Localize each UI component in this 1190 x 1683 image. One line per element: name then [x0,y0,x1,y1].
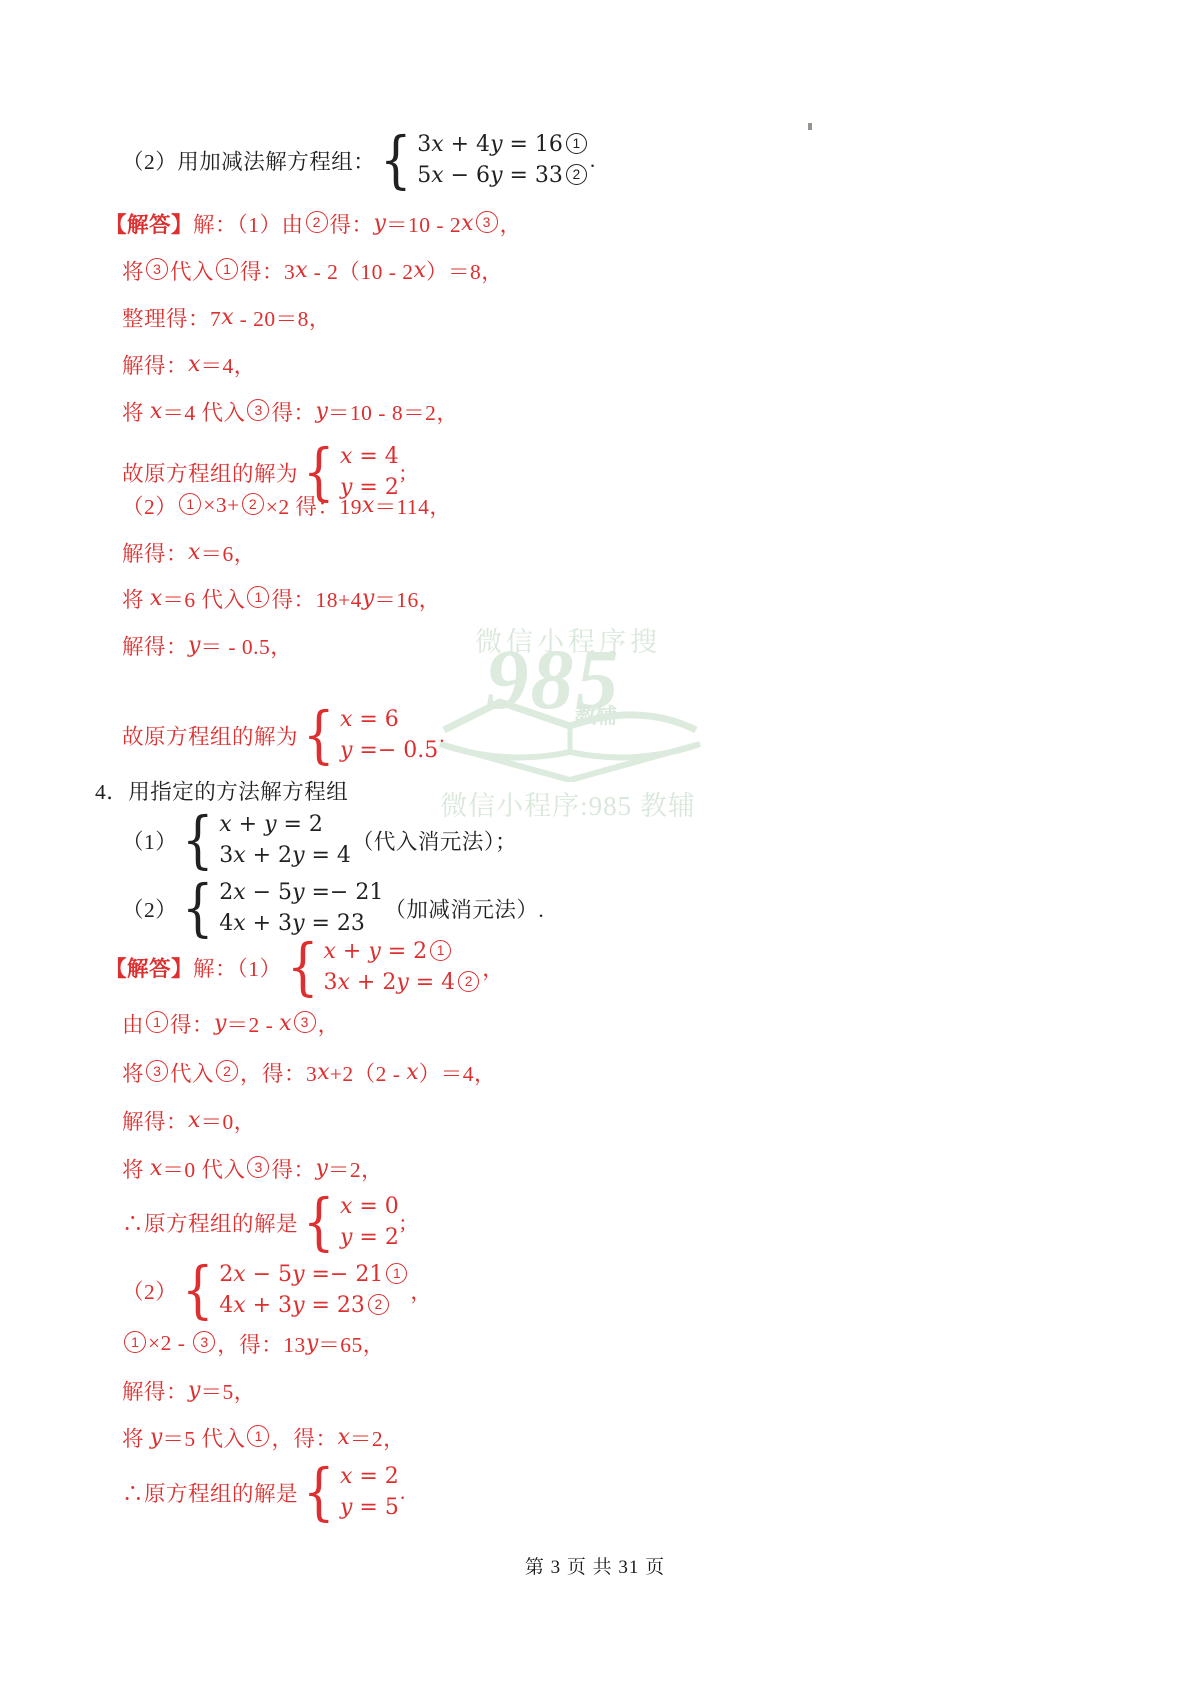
equation-column: x + y = 213x + 2y = 42 [323,936,481,998]
math-variable: y [150,1425,162,1450]
equation-text: 3x + 2y = 4 [323,967,455,998]
solution-line: ∴原方程组的解是{x = 0y = 2; [122,1189,406,1255]
circled-number: 2 [306,211,328,233]
equation-system: {x = 6y =− 0.5 [299,704,438,766]
line-text: 得： [271,1153,315,1184]
equation-system: {x + y = 213x + 2y = 42 [283,936,482,998]
line-text: ）＝8， [426,255,503,286]
math-variable: x [188,1108,200,1133]
line-text: - 20＝8， [234,302,331,333]
math-variable: x [150,586,162,611]
circled-number: 1 [179,493,201,515]
circled-number: 1 [146,1011,168,1033]
line-text: （2） [122,893,177,924]
left-brace: { [287,936,319,998]
math-variable: y [306,1331,318,1356]
line-text: ＝ - 0.5， [200,630,292,661]
line-text: 得：3 [240,255,295,286]
left-brace: { [182,1259,214,1321]
left-brace: { [182,877,214,939]
line-text: （2） [122,1275,177,1306]
solution-line: 整理得：7x - 20＝8， [122,304,331,330]
line-text: ）＝4， [419,1057,496,1088]
line-text: - 2（10 - 2 [308,255,414,286]
equation-row: 3x + 2y = 4 [219,840,351,871]
math-variable: x [317,1060,329,1085]
line-text: （2） [122,490,177,521]
line-text: ，得：13 [217,1328,306,1359]
solution-line: 解得：x＝4， [122,351,256,377]
circled-number: 2 [458,971,479,992]
equation-system: {x = 0y = 2 [299,1191,399,1253]
circled-number: 1 [216,258,238,280]
line-text: ＝2， [350,1422,405,1453]
circled-number: 3 [146,1060,168,1082]
line-text: 解得： [122,630,188,661]
math-variable: y [315,399,327,424]
line-text: （1） [122,825,177,856]
equation-column: x = 0y = 2 [340,1191,399,1253]
circled-number: 3 [146,258,168,280]
line-text: ， [482,952,504,983]
math-variable: y [188,633,200,658]
math-variable: x [362,493,374,518]
line-text: 解得： [122,349,188,380]
math-variable: x [150,399,162,424]
equation-text: 3x + 4y = 16 [417,129,563,160]
line-text: ×3+ [203,493,240,518]
line-text: ∴原方程组的解是 [122,1477,298,1508]
math-variable: y [188,1378,200,1403]
line-text: ＝4， [200,349,255,380]
equation-text: x + y = 2 [323,936,427,967]
line-text: ＝0， [200,1105,255,1136]
equation-text: 2x − 5y =− 21 [219,1259,383,1290]
equation-row: x + y = 21 [323,936,481,967]
line-text: 将 [122,583,150,614]
circled-number: 3 [476,211,498,233]
line-text: ＝5 代入 [162,1422,245,1453]
solution-line: 【解答】解：（1）由2得：y＝10 - 2x3， [105,210,522,236]
solution-line: 解得：y＝ - 0.5， [122,632,292,658]
circled-number: 1 [430,940,451,961]
circled-number: 1 [247,1425,269,1447]
circled-number: 2 [242,493,264,515]
solution-line: 将3代入2，得：3x+2（2 - x）＝4， [122,1059,496,1085]
circled-number: 1 [566,133,587,154]
equation-text: y = 5 [340,1492,399,1523]
left-brace: { [380,129,412,191]
equation-column: x + y = 23x + 2y = 4 [219,809,351,871]
line-text: ＝10 - 2 [386,208,461,239]
circled-number: 2 [216,1060,238,1082]
problem-line: （1）{x + y = 23x + 2y = 4（代入消元法）； [122,807,517,873]
line-text: . [439,723,445,748]
equation-column: 3x + 4y = 1615x − 6y = 332 [417,129,589,191]
line-text: 解得： [122,1375,188,1406]
page-footer: 第 3 页 共 31 页 [0,1552,1190,1579]
line-text: ＝10 - 8＝2， [328,396,458,427]
open-book-icon [438,696,702,787]
math-variable: y [214,1011,226,1036]
equation-text: x = 2 [340,1461,399,1492]
math-variable: x [461,211,473,236]
equation-row: x = 0 [340,1191,399,1222]
equation-row: 2x − 5y =− 21 [219,877,383,908]
equation-system: {x + y = 23x + 2y = 4 [178,809,351,871]
line-text: 解：（1）由 [193,208,304,239]
watermark-search-text: 微信小程序搜 [468,620,668,659]
problem-line: （2）{2x − 5y =− 214x + 3y = 23（加减消元法）. [122,875,544,941]
equation-system: {2x − 5y =− 214x + 3y = 23 [178,877,383,939]
equation-text: y =− 0.5 [340,735,438,766]
watermark-985-logo: 985 [448,636,658,722]
circled-number: 3 [247,1156,269,1178]
math-variable: x [406,1060,418,1085]
equation-column: x = 6y =− 0.5 [340,704,438,766]
solution-line: （2）{2x − 5y =− 2114x + 3y = 232， [122,1257,432,1323]
math-variable: x [279,1011,291,1036]
math-variable: x [188,540,200,565]
equation-text: 4x + 3y = 23 [219,1290,365,1321]
solution-line: （2）1×3+2×2 得：19x＝114， [122,492,451,518]
equation-text: 3x + 2y = 4 [219,840,351,871]
equation-text: x = 4 [340,441,399,472]
equation-row: y =− 0.5 [340,735,438,766]
circled-number: 1 [247,586,269,608]
equation-system: {2x − 5y =− 2114x + 3y = 232 [178,1259,409,1321]
answer-label: 【解答】 [105,952,193,983]
solution-line: 【解答】解：（1）{x + y = 213x + 2y = 42， [105,934,504,1000]
line-text: 将 [122,255,144,286]
document-page: 微信小程序搜 985 教辅 微信小程序:985 教辅 （2）用加减法解方程组：{… [0,0,1190,1683]
line-text: ， [410,1275,432,1306]
equation-row: x = 4 [340,441,399,472]
solution-line: 解得：y＝5， [122,1377,256,1403]
line-text: ＝6 代入 [162,583,245,614]
solution-line: 将 x＝6 代入1得：18+4y＝16， [122,585,441,611]
line-text: 得： [170,1008,214,1039]
line-text: ， [500,208,522,239]
circled-number: 3 [193,1331,215,1353]
circled-number: 3 [247,399,269,421]
line-text: ＝5， [200,1375,255,1406]
solution-line: ∴原方程组的解是{x = 2y = 5. [122,1459,406,1525]
equation-row: x = 6 [340,704,438,735]
line-text: 代入 [170,1057,214,1088]
line-text: ; [400,1210,406,1235]
equation-column: x = 2y = 5 [340,1461,399,1523]
math-variable: x [221,305,233,330]
line-text: +2（2 - [330,1057,407,1088]
equation-text: x = 0 [340,1191,399,1222]
left-brace: { [182,809,214,871]
circled-number: 2 [566,164,587,185]
math-variable: y [374,211,386,236]
line-text: 故原方程组的解为 [122,457,298,488]
line-text: 代入 [170,255,214,286]
problem-line: 4．用指定的方法解方程组 [95,777,348,803]
problem-line: （2）用加减法解方程组：{3x + 4y = 1615x − 6y = 332. [122,127,596,193]
left-brace: { [303,1191,335,1253]
equation-row: 2x − 5y =− 211 [219,1259,409,1290]
line-text: 将 [122,1153,150,1184]
equation-row: 4x + 3y = 232 [219,1290,409,1321]
line-text: ×2 - [148,1331,191,1356]
line-text: ; [400,460,406,485]
answer-label: 【解答】 [105,208,193,239]
line-text: 得： [330,208,374,239]
math-variable: y [315,1156,327,1181]
line-text: 解得： [122,1105,188,1136]
circled-number: 1 [386,1263,407,1284]
equation-text: x + y = 2 [219,809,323,840]
line-text: ，得： [271,1422,337,1453]
line-text: 得： [271,396,315,427]
line-text: ，得：3 [240,1057,317,1088]
line-text: ＝2， [328,1153,383,1184]
left-brace: { [303,704,335,766]
solution-line: 故原方程组的解为{x = 6y =− 0.5. [122,702,445,768]
equation-text: 5x − 6y = 33 [417,160,563,191]
math-variable: y [362,586,374,611]
solution-line: 解得：x＝6， [122,539,256,565]
circled-number: 1 [124,1331,146,1353]
equation-text: x = 6 [340,704,399,735]
line-text: ＝0 代入 [162,1153,245,1184]
math-variable: x [295,258,307,283]
math-variable: x [414,258,426,283]
line-text: （代入消元法）； [352,825,517,856]
circled-number: 3 [294,1011,316,1033]
solution-line: 由1得：y＝2 - x3， [122,1010,340,1036]
line-text: ＝2 - [226,1008,279,1039]
line-text: ， [318,1008,340,1039]
line-text: 由 [122,1008,144,1039]
line-text: 将 [122,396,150,427]
equation-system: {x = 2y = 5 [299,1461,399,1523]
equation-system: {3x + 4y = 1615x − 6y = 332 [376,129,589,191]
line-text: ＝65， [318,1328,385,1359]
line-text: 4．用指定的方法解方程组 [95,775,348,806]
solution-line: 解得：x＝0， [122,1107,256,1133]
line-text: 得：18+4 [271,583,361,614]
equation-row: y = 2 [340,1222,399,1253]
equation-row: x = 2 [340,1461,399,1492]
circled-number: 2 [368,1294,389,1315]
equation-row: x + y = 2 [219,809,351,840]
line-text: ∴原方程组的解是 [122,1207,298,1238]
solution-line: 将3代入1得：3x - 2（10 - 2x）＝8， [122,257,503,283]
equation-column: 2x − 5y =− 2114x + 3y = 232 [219,1259,409,1321]
math-variable: x [188,352,200,377]
line-text: ＝4 代入 [162,396,245,427]
math-variable: x [150,1156,162,1181]
line-text: 故原方程组的解为 [122,720,298,751]
equation-row: 5x − 6y = 332 [417,160,589,191]
line-text: . [590,148,596,173]
left-brace: { [303,1461,335,1523]
line-text: ×2 得：19 [266,490,362,521]
line-text: . [400,1480,406,1505]
equation-row: y = 5 [340,1492,399,1523]
artifact-dot [808,123,812,130]
watermark-jiaofu-text: 教辅 [575,700,617,730]
line-text: 解：（1） [193,952,282,983]
line-text: （2）用加减法解方程组： [122,145,375,176]
equation-text: 2x − 5y =− 21 [219,877,383,908]
equation-row: 3x + 4y = 161 [417,129,589,160]
line-text: 将 [122,1057,144,1088]
math-variable: x [337,1425,349,1450]
line-text: 整理得：7 [122,302,221,333]
line-text: 解得： [122,537,188,568]
solution-line: 1×2 - 3，得：13y＝65， [122,1330,385,1356]
line-text: ＝114， [374,490,451,521]
equation-text: y = 2 [340,1222,399,1253]
equation-row: 3x + 2y = 42 [323,967,481,998]
line-text: ＝6， [200,537,255,568]
solution-line: 将 x＝0 代入3得：y＝2， [122,1155,383,1181]
solution-line: 将 x＝4 代入3得：y＝10 - 8＝2， [122,398,458,424]
line-text: 将 [122,1422,150,1453]
line-text: ＝16， [374,583,441,614]
line-text: （加减消元法）. [384,893,544,924]
solution-line: 将 y＝5 代入1，得：x＝2， [122,1424,405,1450]
